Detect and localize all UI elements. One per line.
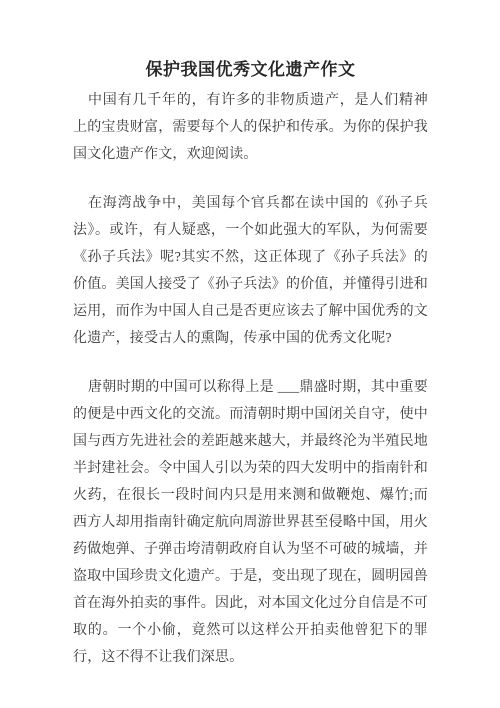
essay-paragraph-history: 唐朝时期的中国可以称得上是 ___鼎盛时期，其中重要的便是中西文化的交流。而清朝…: [73, 374, 428, 671]
essay-paragraph-intro: 中国有几千年的，有许多的非物质遗产，是人们精神上的宝贵财富，需要每个人的保护和传…: [73, 87, 428, 168]
essay-title: 保护我国优秀文化遗产作文: [73, 57, 428, 82]
essay-paragraph-sunzi: 在海湾战争中，美国每个官兵都在读中国的《孙子兵法》。或许，有人疑惑，一个如此强大…: [73, 190, 428, 352]
document-page: 保护我国优秀文化遗产作文 中国有几千年的，有许多的非物质遗产，是人们精神上的宝贵…: [0, 0, 500, 708]
